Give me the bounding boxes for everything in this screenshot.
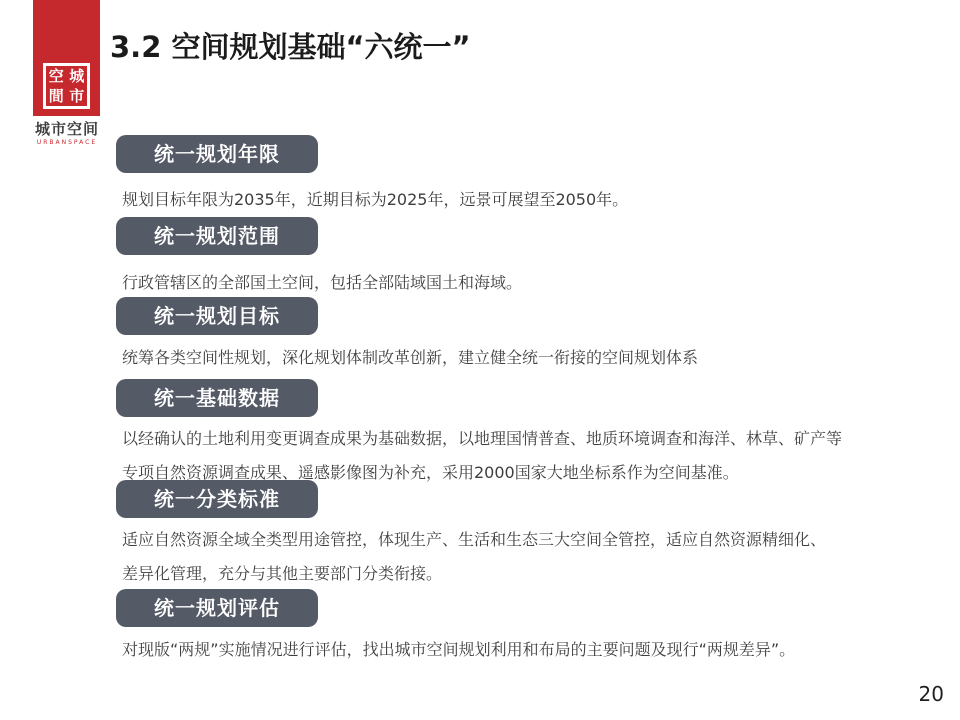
section-body-planning-scope: 行政管辖区的全部国土空间，包括全部陆域国土和海域。: [122, 266, 942, 300]
seal-char: 間: [49, 89, 64, 104]
section-label-planning-evaluation: 统一规划评估: [116, 589, 318, 627]
page-title: 3.2 空间规划基础“六统一”: [110, 25, 471, 66]
logo-name-english: URBANSPACE: [29, 139, 105, 146]
seal-char: 城: [69, 69, 84, 84]
section-label-classification-standard: 统一分类标准: [116, 480, 318, 518]
section-label-planning-goal: 统一规划目标: [116, 297, 318, 335]
section-body-classification-standard: 适应自然资源全域全类型用途管控，体现生产、生活和生态三大空间全管控，适应自然资源…: [122, 523, 942, 591]
slide: 空 城 間 市 城市空间 URBANSPACE 3.2 空间规划基础“六统一” …: [0, 0, 960, 720]
page-number: 20: [919, 682, 944, 706]
seal-char: 市: [69, 89, 84, 104]
company-seal-icon: 空 城 間 市: [43, 63, 90, 109]
section-label-planning-scope: 统一规划范围: [116, 217, 318, 255]
section-body-planning-goal: 统筹各类空间性规划，深化规划体制改革创新，建立健全统一衔接的空间规划体系: [122, 341, 942, 375]
section-body-planning-horizon: 规划目标年限为2035年，近期目标为2025年，远景可展望至2050年。: [122, 183, 942, 217]
logo-name-chinese: 城市空间: [29, 118, 105, 139]
company-logo: 空 城 間 市: [33, 0, 100, 116]
seal-char: 空: [49, 69, 64, 84]
section-body-planning-evaluation: 对现版“两规”实施情况进行评估，找出城市空间规划利用和布局的主要问题及现行“两规…: [122, 633, 942, 667]
section-label-base-data: 统一基础数据: [116, 379, 318, 417]
section-label-planning-horizon: 统一规划年限: [116, 135, 318, 173]
